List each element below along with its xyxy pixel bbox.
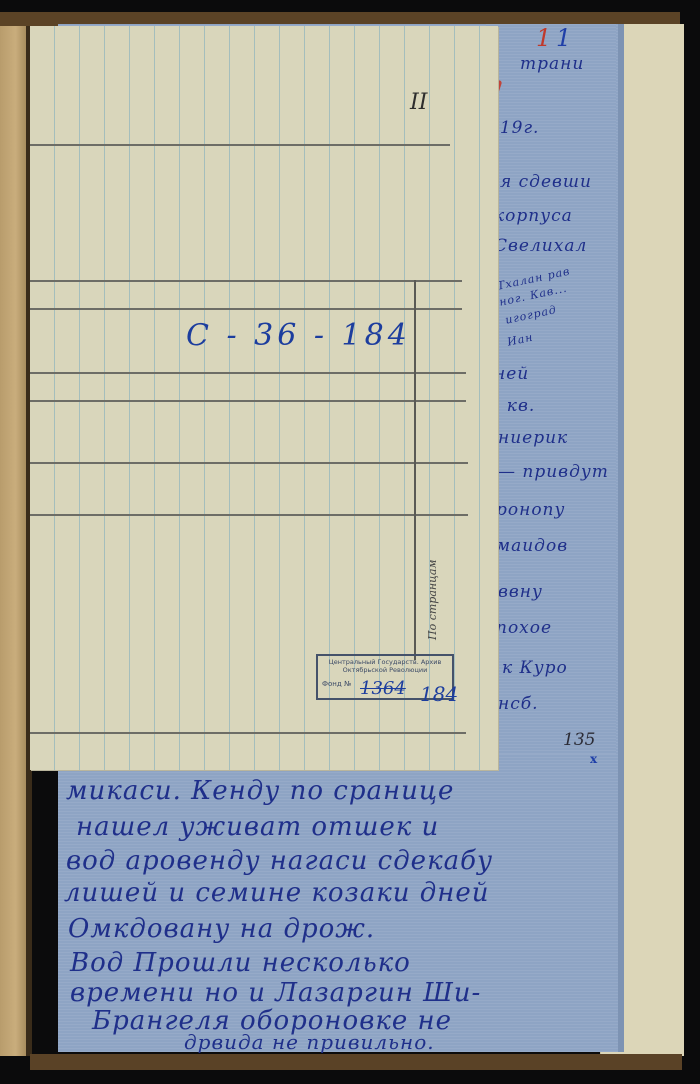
side-line: Свелихал [494, 236, 587, 256]
side-line: я сдевши [500, 172, 592, 192]
letter-line: времени но и Лазаргин Ши- [70, 978, 481, 1008]
ruled-column [414, 280, 416, 660]
side-line: . кв. [494, 396, 535, 416]
letter-line: лишей и семине козаки дней [64, 878, 490, 908]
stamp-line: Октябрьской Революции [322, 666, 448, 674]
stamp-fond-number-crossed: 1364 [360, 678, 406, 699]
ruled-line [30, 462, 468, 464]
letter-line: Омкдовану на дрож. [68, 914, 375, 944]
folio-blue-mark: 1 [556, 24, 571, 52]
letter-line: нашел уживат отшек и [76, 812, 439, 842]
side-line: трани [520, 54, 584, 74]
stamp-fond-number: 184 [420, 682, 458, 706]
page-mark: х [590, 752, 597, 766]
side-line: — привдут [498, 462, 609, 482]
stamp-line: Центральный Государств. Архив [322, 658, 448, 666]
side-line: ввну [498, 582, 543, 602]
ruled-line [30, 280, 462, 282]
folder-bottom-edge [30, 1054, 682, 1070]
side-line: ронопу [496, 500, 565, 520]
document-scan: 1 1 трани 919г. я сдевши корпуса Свелиха… [0, 0, 700, 1084]
shelfmark: С - 36 - 184 [186, 318, 411, 353]
vertical-label: По странцам [426, 559, 439, 640]
folio-red-mark: 1 [536, 24, 551, 52]
ruled-line [30, 732, 466, 734]
cardboard-binding [0, 26, 26, 1056]
ruled-line [30, 372, 466, 374]
side-line: к Куро [502, 658, 568, 678]
letter-line: вод аровенду нагаси сдекабу [66, 846, 493, 876]
archive-page-number: 135 [563, 730, 595, 750]
letter-line: Вод Прошли несколько [70, 948, 411, 978]
side-line: маидов [496, 536, 568, 556]
side-line: ней [494, 364, 529, 384]
letter-line: микаси. Кенду по сранице [66, 776, 454, 806]
ruled-line [30, 514, 468, 516]
ruled-line [30, 144, 450, 146]
letter-line: дрвида не привильно. [184, 1030, 435, 1054]
ruled-line [30, 308, 462, 310]
side-line: ниерик [498, 428, 568, 448]
side-line: нсб. [498, 694, 539, 714]
roman-numeral: II [410, 90, 427, 115]
side-line: корпуса [494, 206, 573, 226]
ruled-line [30, 400, 466, 402]
side-line: похое [496, 618, 552, 638]
